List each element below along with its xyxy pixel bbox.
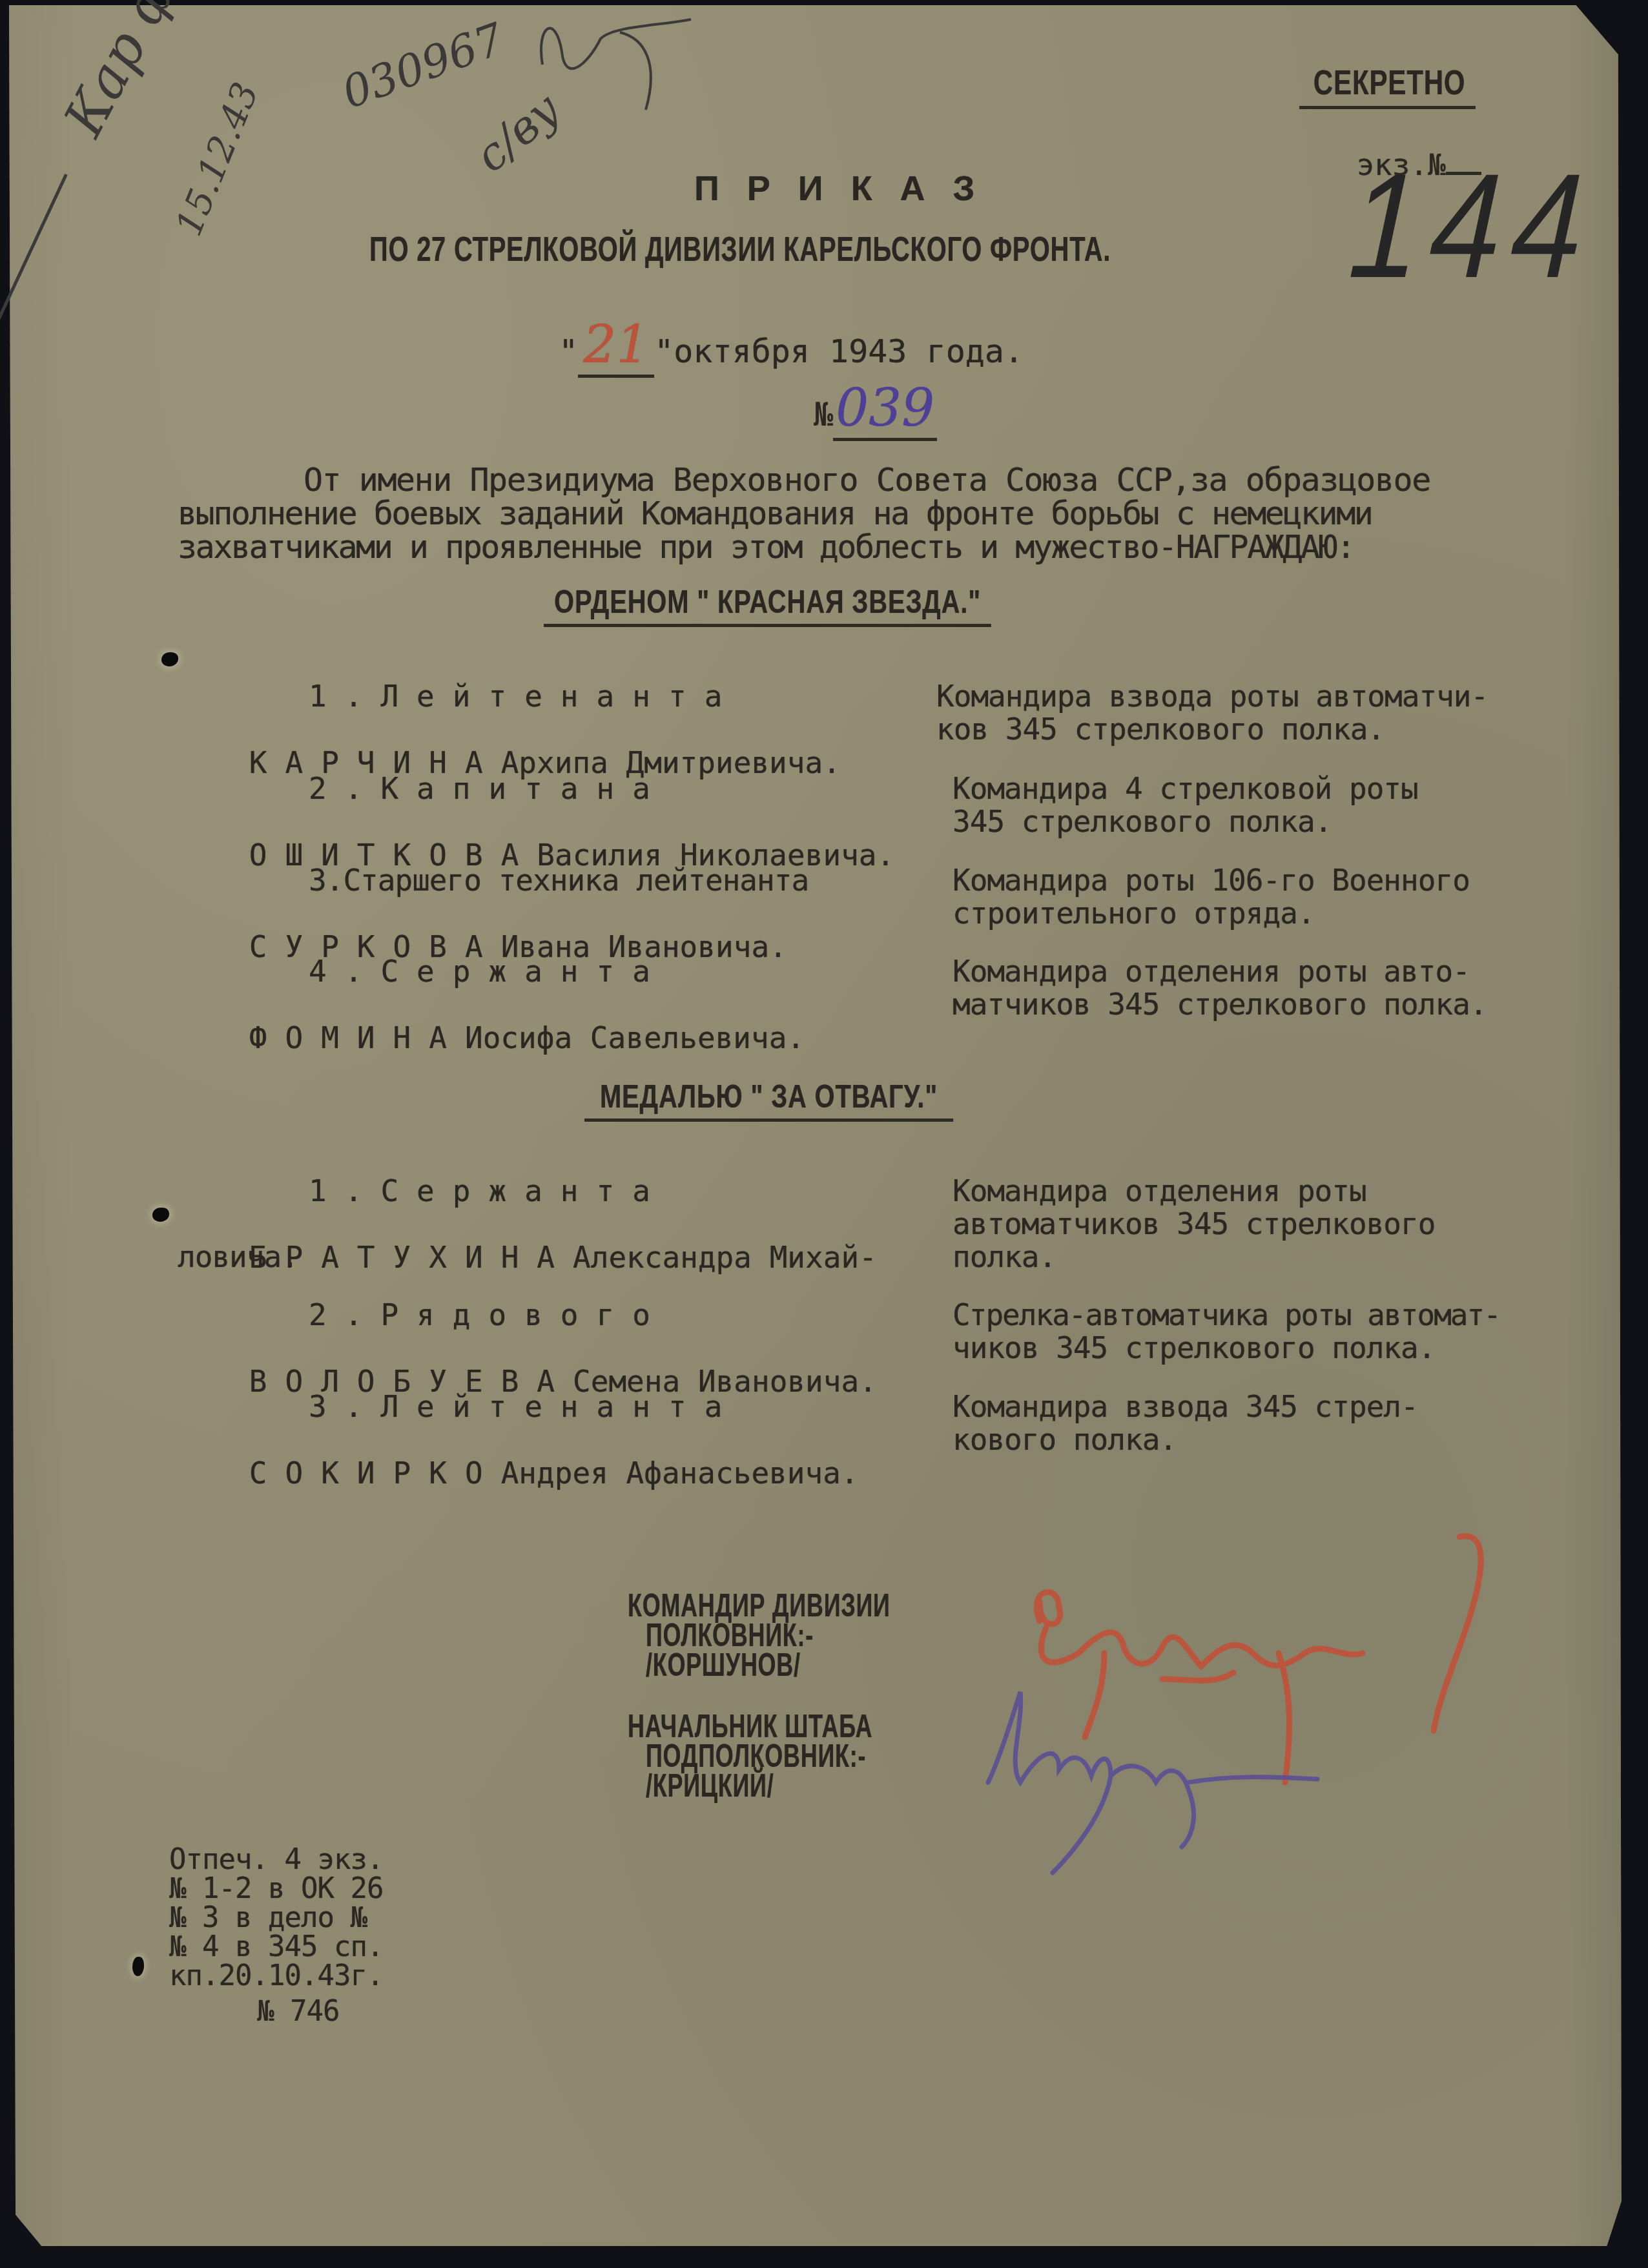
recipient-surname: СОКИРКО bbox=[249, 1456, 501, 1490]
recipient-position-2: матчиков 345 стрелкового полка. bbox=[953, 987, 1487, 1021]
recipient-rank: 3.Старшего техника лейтенанта bbox=[309, 863, 809, 897]
footer-registration-number: № 746 bbox=[257, 1995, 339, 2028]
recipient-position-1: Командира отделения роты авто- bbox=[953, 954, 1470, 988]
recipient-name: ФОМИНАИосифа Савельевича. bbox=[178, 987, 805, 1088]
date-quote: " bbox=[559, 333, 578, 370]
recipient-position-3: полка. bbox=[953, 1240, 1056, 1273]
recipient-position-1: Командира взвода 345 стрел- bbox=[953, 1390, 1418, 1423]
recipient-name-continued: ловича. bbox=[178, 1240, 298, 1273]
recipient-given-names: Андрея Афанасьевича. bbox=[501, 1456, 859, 1490]
signatory-name: /КРИЦКИЙ/ bbox=[646, 1768, 774, 1804]
date-day-handwritten: 21 bbox=[578, 314, 654, 378]
recipient-rank: 2.Рядового bbox=[309, 1298, 668, 1332]
signature-chief-of-staff-violet bbox=[982, 1686, 1434, 1879]
preamble-line-2: выполнение боевых заданий Командования н… bbox=[178, 495, 1372, 531]
recipient-surname: ФОМИНА bbox=[249, 1020, 465, 1055]
recipient-rank: 3.Лейтенанта bbox=[309, 1390, 740, 1423]
recipient-rank: 2.Капитана bbox=[309, 772, 668, 805]
recipient-given-names: Иосифа Савельевича. bbox=[465, 1020, 805, 1055]
recipient-given-names: Александра Михай- bbox=[573, 1240, 877, 1275]
recipient-position-1: Командира отделения роты bbox=[953, 1174, 1366, 1208]
recipient-position-1: Командира 4 стрелковой роты bbox=[953, 772, 1418, 805]
footer-copy-3: № 3 в дело № bbox=[169, 1902, 367, 1934]
footer-copies-printed: Отпеч. 4 экз. bbox=[169, 1844, 383, 1876]
footer-copy-1-2: № 1-2 в ОК 26 bbox=[169, 1873, 383, 1905]
recipient-position-1: Стрелка-автоматчика роты автомат- bbox=[953, 1298, 1500, 1332]
recipient-rank: 1.Лейтенанта bbox=[309, 679, 740, 713]
recipient-position-2: строительного отряда. bbox=[953, 896, 1315, 930]
order-date: "21"октября 1943 года. bbox=[520, 291, 1024, 369]
handwritten-sheet-number: 144 bbox=[1336, 152, 1611, 300]
recipient-position-1: Командира роты 106-го Военного bbox=[953, 863, 1470, 897]
recipient-position-2: кового полка. bbox=[953, 1423, 1177, 1456]
signatory-name: /КОРШУНОВ/ bbox=[646, 1647, 801, 1683]
pencil-signature-top bbox=[530, 13, 697, 110]
recipient-position-2: чиков 345 стрелкового полка. bbox=[953, 1331, 1435, 1365]
footer-typed-date: кп.20.10.43г. bbox=[169, 1960, 383, 1992]
number-sign: № bbox=[814, 396, 833, 433]
recipient-position-2: автоматчиков 345 стрелкового bbox=[953, 1207, 1435, 1241]
award-heading-red-star: ОРДЕНОМ " КРАСНАЯ ЗВЕЗДА." bbox=[544, 584, 991, 627]
recipient-name: СОКИРКОАндрея Афанасьевича. bbox=[178, 1423, 859, 1523]
recipient-rank: 4.Сержанта bbox=[309, 954, 668, 988]
order-number-handwritten: 039 bbox=[833, 378, 937, 441]
classification-label: СЕКРЕТНО bbox=[1299, 63, 1476, 109]
order-heading: П Р И К А З bbox=[694, 169, 984, 208]
preamble-line-1: От имени Президиума Верховного Совета Со… bbox=[304, 462, 1430, 498]
award-heading-for-courage: МЕДАЛЬЮ " ЗА ОТВАГУ." bbox=[584, 1078, 953, 1122]
recipient-position-1: Командира взвода роты автоматчи- bbox=[936, 679, 1488, 713]
recipient-rank: 1.Сержанта bbox=[309, 1174, 668, 1208]
order-number: №039 bbox=[775, 354, 937, 433]
recipient-position-2: ков 345 стрелкового полка. bbox=[936, 712, 1385, 746]
recipient-position-2: 345 стрелкового полка. bbox=[953, 805, 1332, 838]
order-subheading: ПО 27 СТРЕЛКОВОЙ ДИВИЗИИ КАРЕЛЬСКОГО ФРО… bbox=[369, 230, 1111, 269]
preamble-line-3: захватчиками и проявленные при этом добл… bbox=[178, 529, 1354, 565]
footer-copy-4: № 4 в 345 сп. bbox=[169, 1931, 383, 1963]
